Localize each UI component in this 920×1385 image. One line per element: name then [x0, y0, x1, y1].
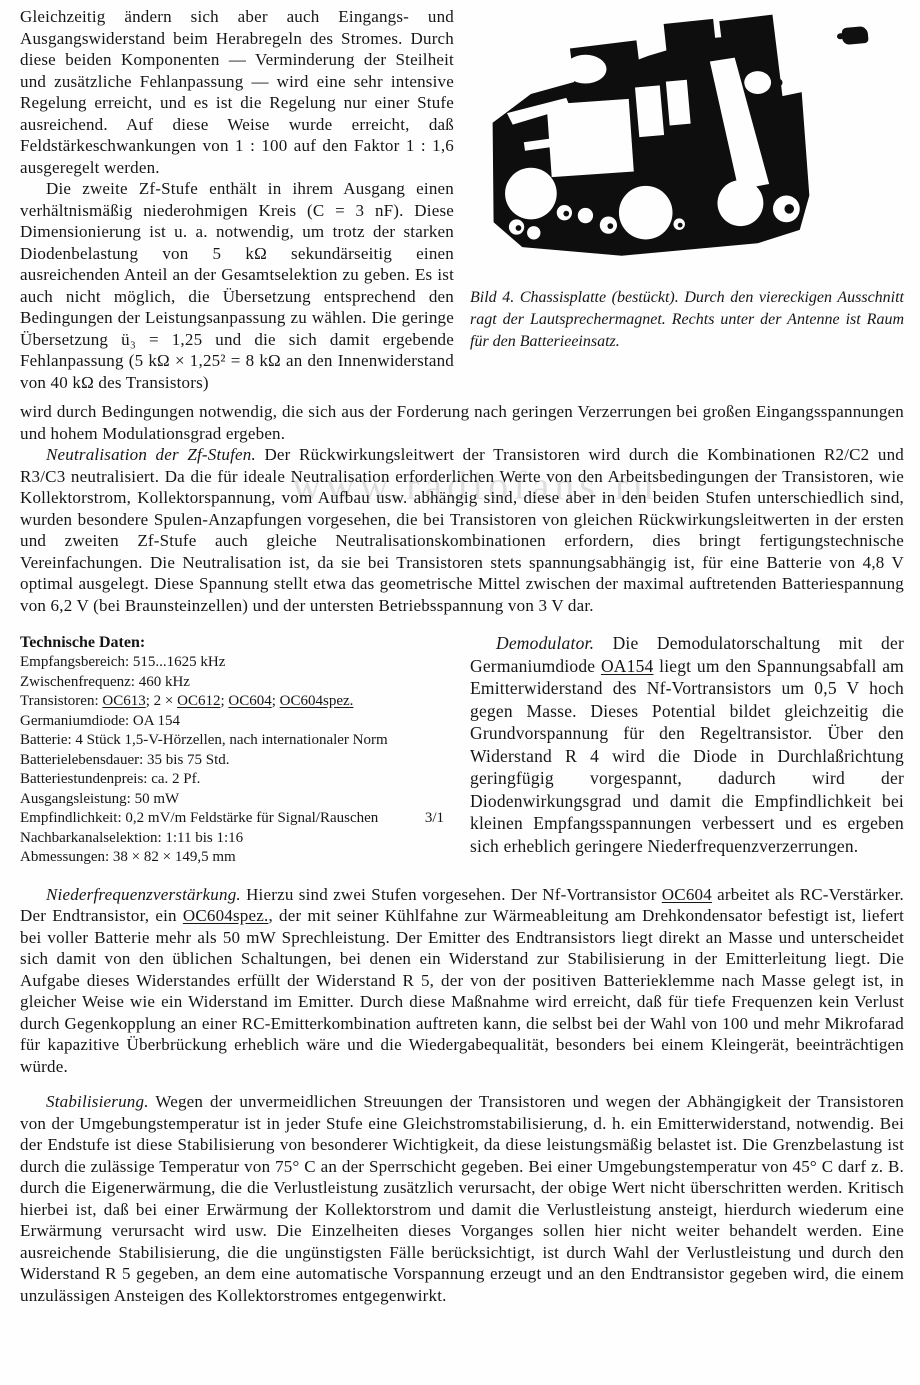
- continuation-paragraph: wird durch Bedingungen notwendig, die si…: [20, 401, 904, 444]
- demodulator-text-2: liegt um den Spannungsabfall am Emitterw…: [470, 656, 904, 856]
- chassis-photo-image: [478, 6, 823, 272]
- empfindlichkeit-ratio: 3/1: [425, 809, 444, 829]
- neutralisation-lead: Neutralisation der Zf-Stufen.: [46, 445, 256, 464]
- tech-row-batterie: Batterie: 4 Stück 1,5-V-Hörzellen, nach …: [20, 731, 454, 751]
- nf-text-3: , der mit seiner Kühlfahne zur Wärmeable…: [20, 906, 904, 1076]
- tech-row-ausgangsleistung: Ausgangsleistung: 50 mW: [20, 790, 454, 810]
- intro-paragraph-2: Die zweite Zf-Stufe enthält in ihrem Aus…: [20, 178, 454, 393]
- transistor-type-oc604spez: OC604spez.: [280, 693, 354, 709]
- tech-row-batterielebensdauer: Batterielebensdauer: 35 bis 75 Std.: [20, 751, 454, 771]
- top-left-column: Gleichzeitig ändern sich aber auch Einga…: [20, 6, 454, 393]
- tech-row-nachbarkanalselektion: Nachbarkanalselektion: 1:11 bis 1:16: [20, 829, 454, 849]
- page-content: Gleichzeitig ändern sich aber auch Einga…: [0, 0, 920, 1306]
- ink-smudge: [841, 26, 868, 45]
- stabilisierung-paragraph: Stabilisierung. Wegen der unvermeidliche…: [20, 1091, 904, 1306]
- figure-box: [478, 6, 904, 277]
- nf-transistor-oc604: OC604: [662, 885, 712, 904]
- demodulator-paragraph: Demodulator. Die Demodulatorschaltung mi…: [470, 632, 904, 857]
- top-section: Gleichzeitig ändern sich aber auch Einga…: [20, 6, 904, 393]
- nf-paragraph: Niederfrequenzverstärkung. Hierzu sind z…: [20, 884, 904, 1078]
- tech-row-zwischenfrequenz: Zwischenfrequenz: 460 kHz: [20, 673, 454, 693]
- top-right-column: Bild 4. Chassisplatte (bestückt). Durch …: [470, 6, 904, 393]
- neutralisation-paragraph: Neutralisation der Zf-Stufen. Der Rückwi…: [20, 444, 904, 616]
- tech-row-batteriestundenpreis: Batteriestundenpreis: ca. 2 Pf.: [20, 770, 454, 790]
- empfindlichkeit-text: Empfindlichkeit: 0,2 mV/m Feldstärke für…: [20, 809, 378, 829]
- neutralisation-body: Der Rückwirkungsleitwert der Transistore…: [20, 445, 904, 615]
- stabilisierung-lead: Stabilisierung.: [46, 1092, 149, 1111]
- demodulator-lead: Demodulator.: [496, 633, 594, 653]
- scanned-document-page: www.radiofans.ru Gleichzeitig ändern sic…: [0, 0, 920, 1385]
- tech-data-heading: Technische Daten:: [20, 632, 454, 653]
- tech-row-transistoren: Transistoren: OC613; 2 × OC612; OC604; O…: [20, 692, 454, 712]
- tech-row-germaniumdiode: Germaniumdiode: OA 154: [20, 712, 454, 732]
- intro-paragraph-1: Gleichzeitig ändern sich aber auch Einga…: [20, 6, 454, 178]
- tech-data-column: Technische Daten: Empfangsbereich: 515..…: [20, 632, 454, 868]
- transistor-type-oc613: OC613: [102, 693, 145, 709]
- tech-row-empfangsbereich: Empfangsbereich: 515...1625 kHz: [20, 653, 454, 673]
- tech-row-abmessungen: Abmessungen: 38 × 82 × 149,5 mm: [20, 848, 454, 868]
- figure-caption: Bild 4. Chassisplatte (bestückt). Durch …: [470, 287, 904, 353]
- diode-type-oa154: OA154: [601, 656, 654, 676]
- transistor-type-oc604: OC604: [228, 693, 271, 709]
- nf-transistor-oc604spez: OC604spez.: [183, 906, 269, 925]
- nf-lead: Niederfrequenzverstärkung.: [46, 885, 241, 904]
- stabilisierung-body: Wegen der unvermeidlichen Streuungen der…: [20, 1092, 904, 1305]
- transistor-type-oc612: OC612: [177, 693, 220, 709]
- transistoren-label: Transistoren:: [20, 693, 102, 709]
- nf-text-1: Hierzu sind zwei Stufen vorgesehen. Der …: [241, 885, 662, 904]
- tech-row-empfindlichkeit: Empfindlichkeit: 0,2 mV/m Feldstärke für…: [20, 809, 454, 829]
- transistoren-sep1: ; 2 ×: [146, 693, 177, 709]
- transistoren-sep3: ;: [272, 693, 280, 709]
- demodulator-column: Demodulator. Die Demodulatorschaltung mi…: [470, 632, 904, 868]
- middle-section: Technische Daten: Empfangsbereich: 515..…: [20, 632, 904, 868]
